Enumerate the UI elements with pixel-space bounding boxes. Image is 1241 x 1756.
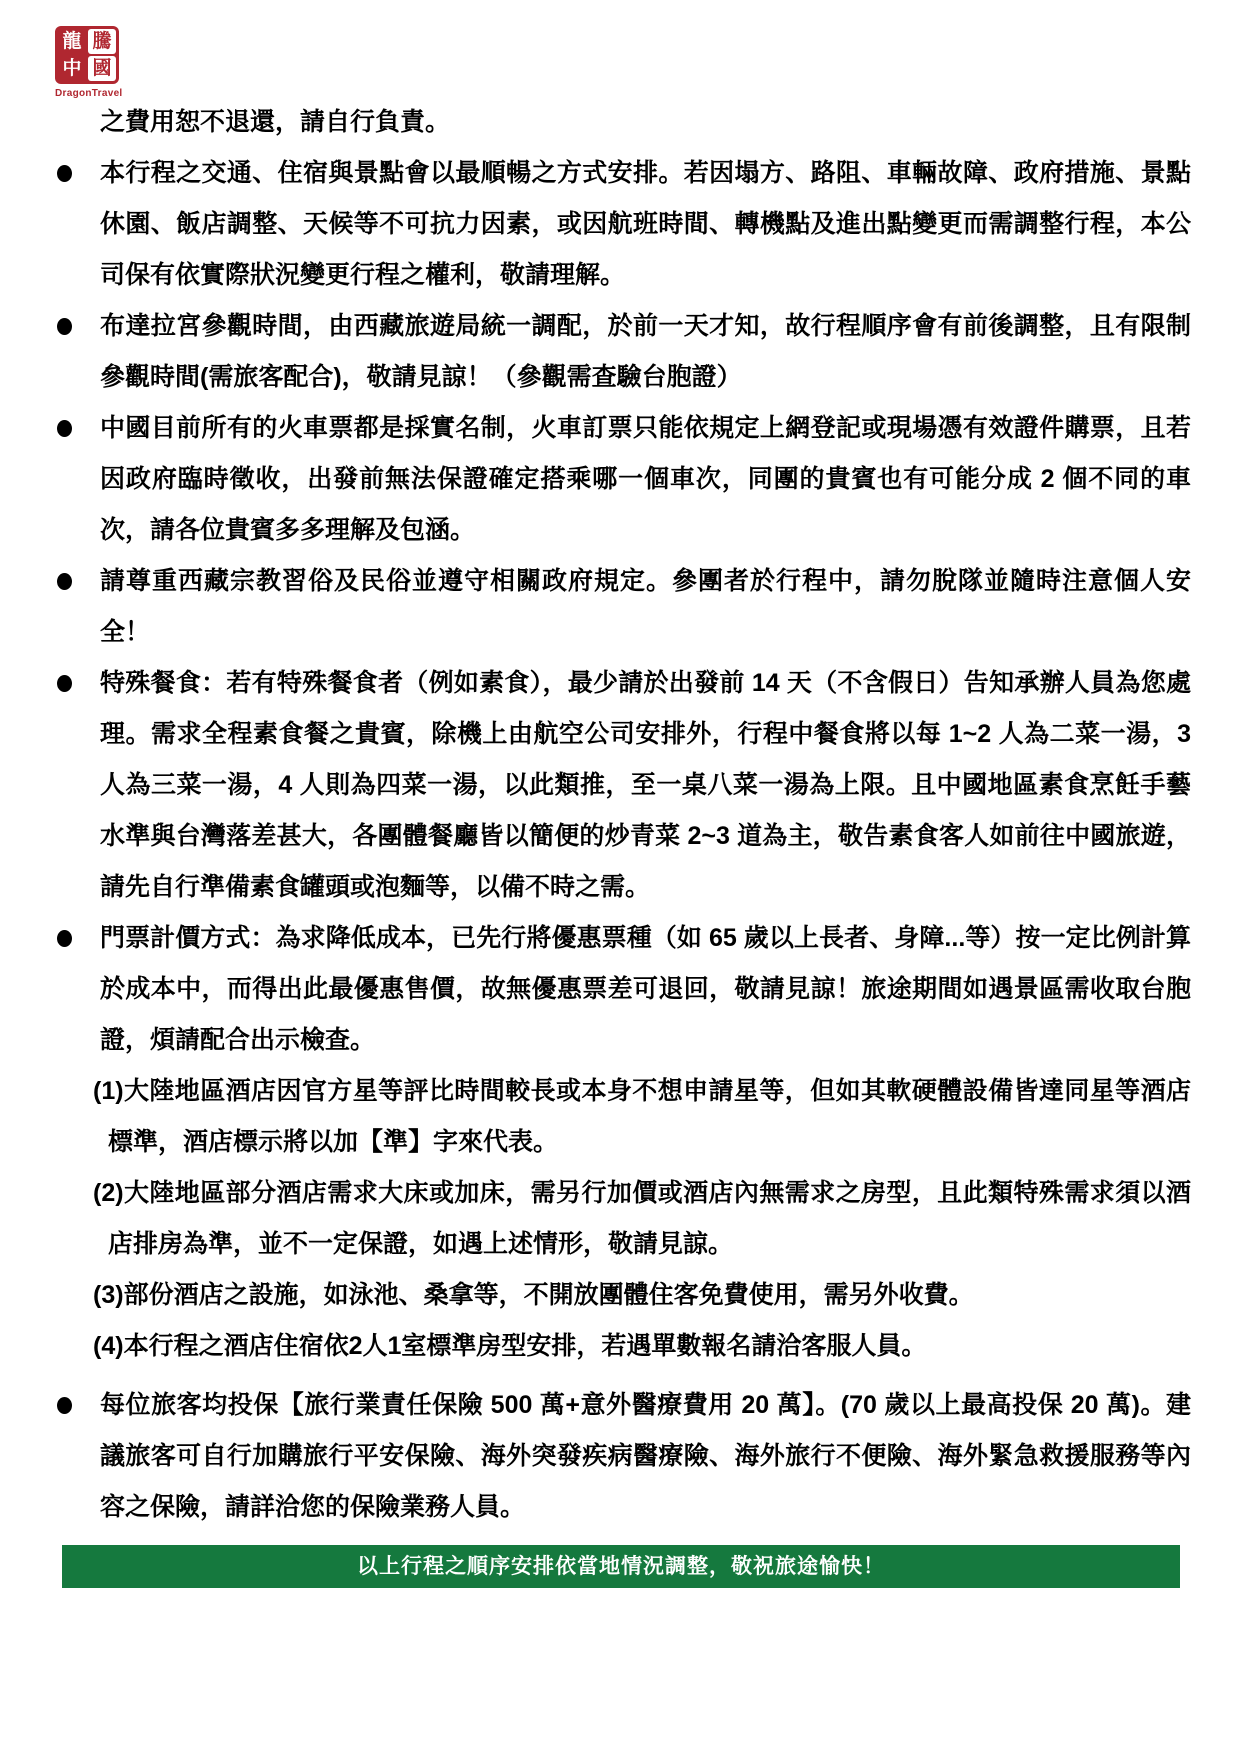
- note-text: 部份酒店之設施，如泳池、桑拿等，不開放團體住客免費使用，需另外收費。: [124, 1281, 974, 1309]
- bullet-text: 布達拉宮參觀時間，由西藏旅遊局統一調配，於前一天才知，故行程順序會有前後調整，且…: [100, 301, 1191, 403]
- bullet-item-potala-palace: 布達拉宮參觀時間，由西藏旅遊局統一調配，於前一天才知，故行程順序會有前後調整，且…: [55, 301, 1191, 403]
- intro-continuation-line: 之費用恕不退還，請自行負責。: [100, 97, 1191, 148]
- bullet-dot-icon: [57, 573, 72, 590]
- seal-logo-icon: 龍 騰 中 國: [55, 26, 119, 84]
- note-marker: (1): [93, 1077, 124, 1105]
- seal-char: 騰: [88, 29, 116, 54]
- bullet-dot-icon: [57, 675, 72, 692]
- bullet-dot-icon: [57, 930, 72, 947]
- terms-content: 之費用恕不退還，請自行負責。 本行程之交通、住宿與景點會以最順暢之方式安排。若因…: [55, 97, 1191, 1588]
- seal-char: 龍: [58, 29, 86, 54]
- bullet-dot-icon: [57, 420, 72, 437]
- dragon-travel-logo: 龍 騰 中 國 DragonTravel: [55, 26, 125, 99]
- bullet-text: 中國目前所有的火車票都是採實名制，火車訂票只能依規定上網登記或現場憑有效證件購票…: [100, 403, 1191, 556]
- note-text: 本行程之酒店住宿依2人1室標準房型安排，若遇單數報名請洽客服人員。: [124, 1332, 927, 1360]
- bullet-item-transport: 本行程之交通、住宿與景點會以最順暢之方式安排。若因塌方、路阻、車輛故障、政府措施…: [55, 148, 1191, 301]
- bullet-dot-icon: [57, 165, 72, 182]
- hotel-note-1: (1)大陸地區酒店因官方星等評比時間較長或本身不想申請星等，但如其軟硬體設備皆達…: [93, 1066, 1191, 1168]
- note-text: 大陸地區酒店因官方星等評比時間較長或本身不想申請星等，但如其軟硬體設備皆達同星等…: [108, 1077, 1191, 1156]
- bullet-item-train-tickets: 中國目前所有的火車票都是採實名制，火車訂票只能依規定上網登記或現場憑有效證件購票…: [55, 403, 1191, 556]
- note-marker: (3): [93, 1281, 124, 1309]
- bullet-item-insurance: 每位旅客均投保【旅行業責任保險 500 萬+意外醫療費用 20 萬】。(70 歲…: [55, 1380, 1191, 1533]
- bullet-text: 請尊重西藏宗教習俗及民俗並遵守相關政府規定。參團者於行程中，請勿脫隊並隨時注意個…: [100, 556, 1191, 658]
- note-text: 大陸地區部分酒店需求大床或加床，需另行加價或酒店內無需求之房型，且此類特殊需求須…: [108, 1179, 1191, 1258]
- footer-banner: 以上行程之順序安排依當地情況調整，敬祝旅途愉快！: [62, 1545, 1180, 1588]
- bullet-item-customs-respect: 請尊重西藏宗教習俗及民俗並遵守相關政府規定。參團者於行程中，請勿脫隊並隨時注意個…: [55, 556, 1191, 658]
- document-page: 龍 騰 中 國 DragonTravel 之費用恕不退還，請自行負責。 本行程之…: [0, 0, 1241, 1756]
- bullet-item-ticket-pricing: 門票計價方式：為求降低成本，已先行將優惠票種（如 65 歲以上長者、身障...等…: [55, 913, 1191, 1066]
- bullet-text: 門票計價方式：為求降低成本，已先行將優惠票種（如 65 歲以上長者、身障...等…: [100, 913, 1191, 1066]
- bullet-dot-icon: [57, 1397, 72, 1414]
- footer-banner-text: 以上行程之順序安排依當地情況調整，敬祝旅途愉快！: [357, 1541, 885, 1592]
- hotel-note-4: (4)本行程之酒店住宿依2人1室標準房型安排，若遇單數報名請洽客服人員。: [93, 1321, 1191, 1372]
- hotel-note-2: (2)大陸地區部分酒店需求大床或加床，需另行加價或酒店內無需求之房型，且此類特殊…: [93, 1168, 1191, 1270]
- bullet-dot-icon: [57, 318, 72, 335]
- bullet-text: 特殊餐食：若有特殊餐食者（例如素食），最少請於出發前 14 天（不含假日）告知承…: [100, 658, 1191, 913]
- note-marker: (2): [93, 1179, 124, 1207]
- bullet-text: 本行程之交通、住宿與景點會以最順暢之方式安排。若因塌方、路阻、車輛故障、政府措施…: [100, 148, 1191, 301]
- bullet-item-special-meals: 特殊餐食：若有特殊餐食者（例如素食），最少請於出發前 14 天（不含假日）告知承…: [55, 658, 1191, 913]
- hotel-note-3: (3)部份酒店之設施，如泳池、桑拿等，不開放團體住客免費使用，需另外收費。: [93, 1270, 1191, 1321]
- note-marker: (4): [93, 1332, 124, 1360]
- seal-char: 中: [58, 56, 86, 81]
- bullet-text: 每位旅客均投保【旅行業責任保險 500 萬+意外醫療費用 20 萬】。(70 歲…: [100, 1380, 1191, 1533]
- seal-char: 國: [88, 56, 116, 81]
